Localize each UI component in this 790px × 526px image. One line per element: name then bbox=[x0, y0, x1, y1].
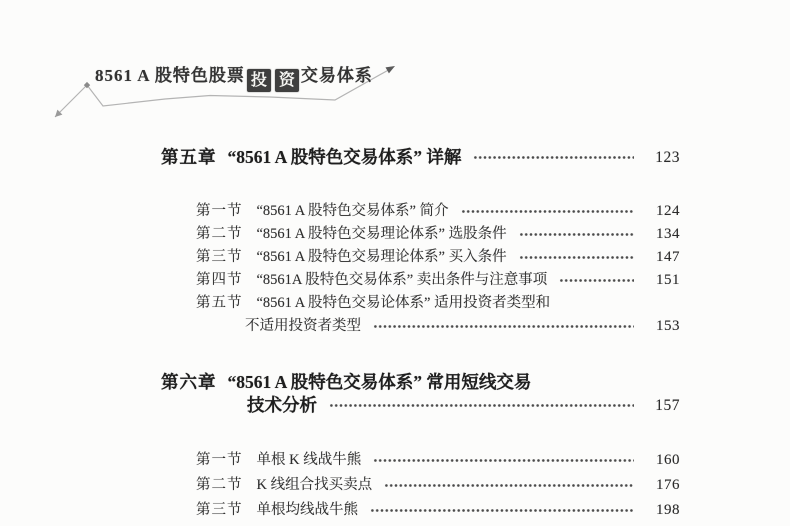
toc-section-entry: 第四节 “8561A 股特色交易体系” 卖出条件与注意事项 151 bbox=[161, 269, 680, 292]
toc-section-entry: 第一节 “8561 A 股特色交易体系” 简介 124 bbox=[161, 200, 680, 223]
toc-entry-label: 第三节 bbox=[196, 498, 243, 523]
toc-entry-page-number: 123 bbox=[644, 146, 680, 169]
toc-section-group: 第一节 单根 K 线战牛熊 160 第二节 K 线组合找买卖点 176 第三节 … bbox=[161, 448, 680, 523]
highlight-char-block: 资 bbox=[275, 69, 299, 92]
toc-entry-page-number: 134 bbox=[644, 223, 680, 246]
arrowhead-icon bbox=[386, 66, 396, 73]
toc-entry-title: “8561A 股特色交易体系” 卖出条件与注意事项 bbox=[257, 269, 548, 292]
table-of-contents: 第五章 “8561 A 股特色交易体系” 详解 123 第一节 “8561 A … bbox=[161, 146, 680, 523]
dot-leader bbox=[519, 223, 634, 246]
toc-entry-title: 单根 K 线战牛熊 bbox=[257, 448, 362, 473]
dot-leader bbox=[373, 448, 634, 473]
toc-section-entry: 第三节 单根均线战牛熊 198 bbox=[161, 498, 680, 523]
toc-section-entry: 第二节 “8561 A 股特色交易理论体系” 选股条件 134 bbox=[161, 223, 680, 246]
toc-entry-label: 第四节 bbox=[196, 269, 243, 292]
dot-leader bbox=[461, 200, 634, 223]
dot-leader bbox=[329, 394, 634, 417]
toc-entry-label: 第三节 bbox=[196, 246, 243, 269]
toc-entry-page-number: 157 bbox=[644, 394, 680, 417]
toc-section-entry: 第二节 K 线组合找买卖点 176 bbox=[161, 473, 680, 498]
toc-entry-label: 第一节 bbox=[196, 448, 243, 473]
toc-chapter-entry: 第五章 “8561 A 股特色交易体系” 详解 123 bbox=[161, 146, 680, 169]
toc-section-entry: 第三节 “8561 A 股特色交易理论体系” 买入条件 147 bbox=[161, 246, 680, 269]
toc-section-group: 第一节 “8561 A 股特色交易体系” 简介 124 第二节 “8561 A … bbox=[161, 200, 680, 338]
toc-entry-title: 单根均线战牛熊 bbox=[257, 498, 359, 523]
toc-entry-title: “8561 A 股特色交易理论体系” 买入条件 bbox=[257, 246, 507, 269]
toc-entry-page-number: 147 bbox=[644, 246, 680, 269]
toc-entry-title: “8561 A 股特色交易理论体系” 选股条件 bbox=[257, 223, 507, 246]
dot-leader bbox=[473, 146, 634, 169]
toc-entry-title-line2: 不适用投资者类型 bbox=[245, 315, 361, 338]
toc-entry-label: 第六章 bbox=[161, 371, 217, 394]
toc-entry-title: K 线组合找买卖点 bbox=[257, 473, 373, 498]
toc-chapter-entry: 第六章 “8561 A 股特色交易体系” 常用短线交易 技术分析 157 bbox=[161, 371, 680, 417]
toc-entry-label: 第一节 bbox=[196, 200, 243, 223]
toc-entry-title-line2: 技术分析 bbox=[247, 394, 317, 417]
toc-entry-title: “8561 A 股特色交易体系” 简介 bbox=[257, 200, 449, 223]
toc-entry-label: 第五章 bbox=[161, 146, 217, 169]
toc-entry-page-number: 153 bbox=[644, 315, 680, 338]
toc-entry-page-number: 151 bbox=[644, 269, 680, 292]
toc-entry-label: 第二节 bbox=[196, 223, 243, 246]
running-head-title: 8561 A 股特色股票投资交易体系 bbox=[95, 61, 373, 92]
toc-entry-page-number: 176 bbox=[644, 473, 680, 498]
toc-section-entry: 第五节 “8561 A 股特色交易论体系” 适用投资者类型和 不适用投资者类型 … bbox=[161, 292, 680, 338]
toc-entry-page-number: 160 bbox=[644, 448, 680, 473]
running-head-suffix: 交易体系 bbox=[301, 66, 373, 85]
highlight-char-block: 投 bbox=[247, 69, 271, 92]
toc-entry-title: “8561 A 股特色交易论体系” 适用投资者类型和 bbox=[257, 292, 551, 315]
dot-leader bbox=[370, 498, 634, 523]
toc-entry-page-number: 124 bbox=[644, 200, 680, 223]
toc-entry-title: “8561 A 股特色交易体系” 详解 bbox=[228, 146, 462, 169]
toc-section-entry: 第一节 单根 K 线战牛熊 160 bbox=[161, 448, 680, 473]
dot-leader bbox=[559, 269, 634, 292]
toc-entry-page-number: 198 bbox=[644, 498, 680, 523]
toc-entry-title: “8561 A 股特色交易体系” 常用短线交易 bbox=[228, 371, 532, 394]
toc-entry-label: 第五节 bbox=[196, 292, 243, 315]
toc-entry-label: 第二节 bbox=[196, 473, 243, 498]
book-toc-page: 8561 A 股特色股票投资交易体系 第五章 “8561 A 股特色交易体系” … bbox=[0, 0, 790, 526]
dot-leader bbox=[384, 473, 634, 498]
dot-leader bbox=[519, 246, 634, 269]
dot-leader bbox=[373, 315, 634, 338]
running-head-prefix: 8561 A 股特色股票 bbox=[95, 66, 245, 85]
